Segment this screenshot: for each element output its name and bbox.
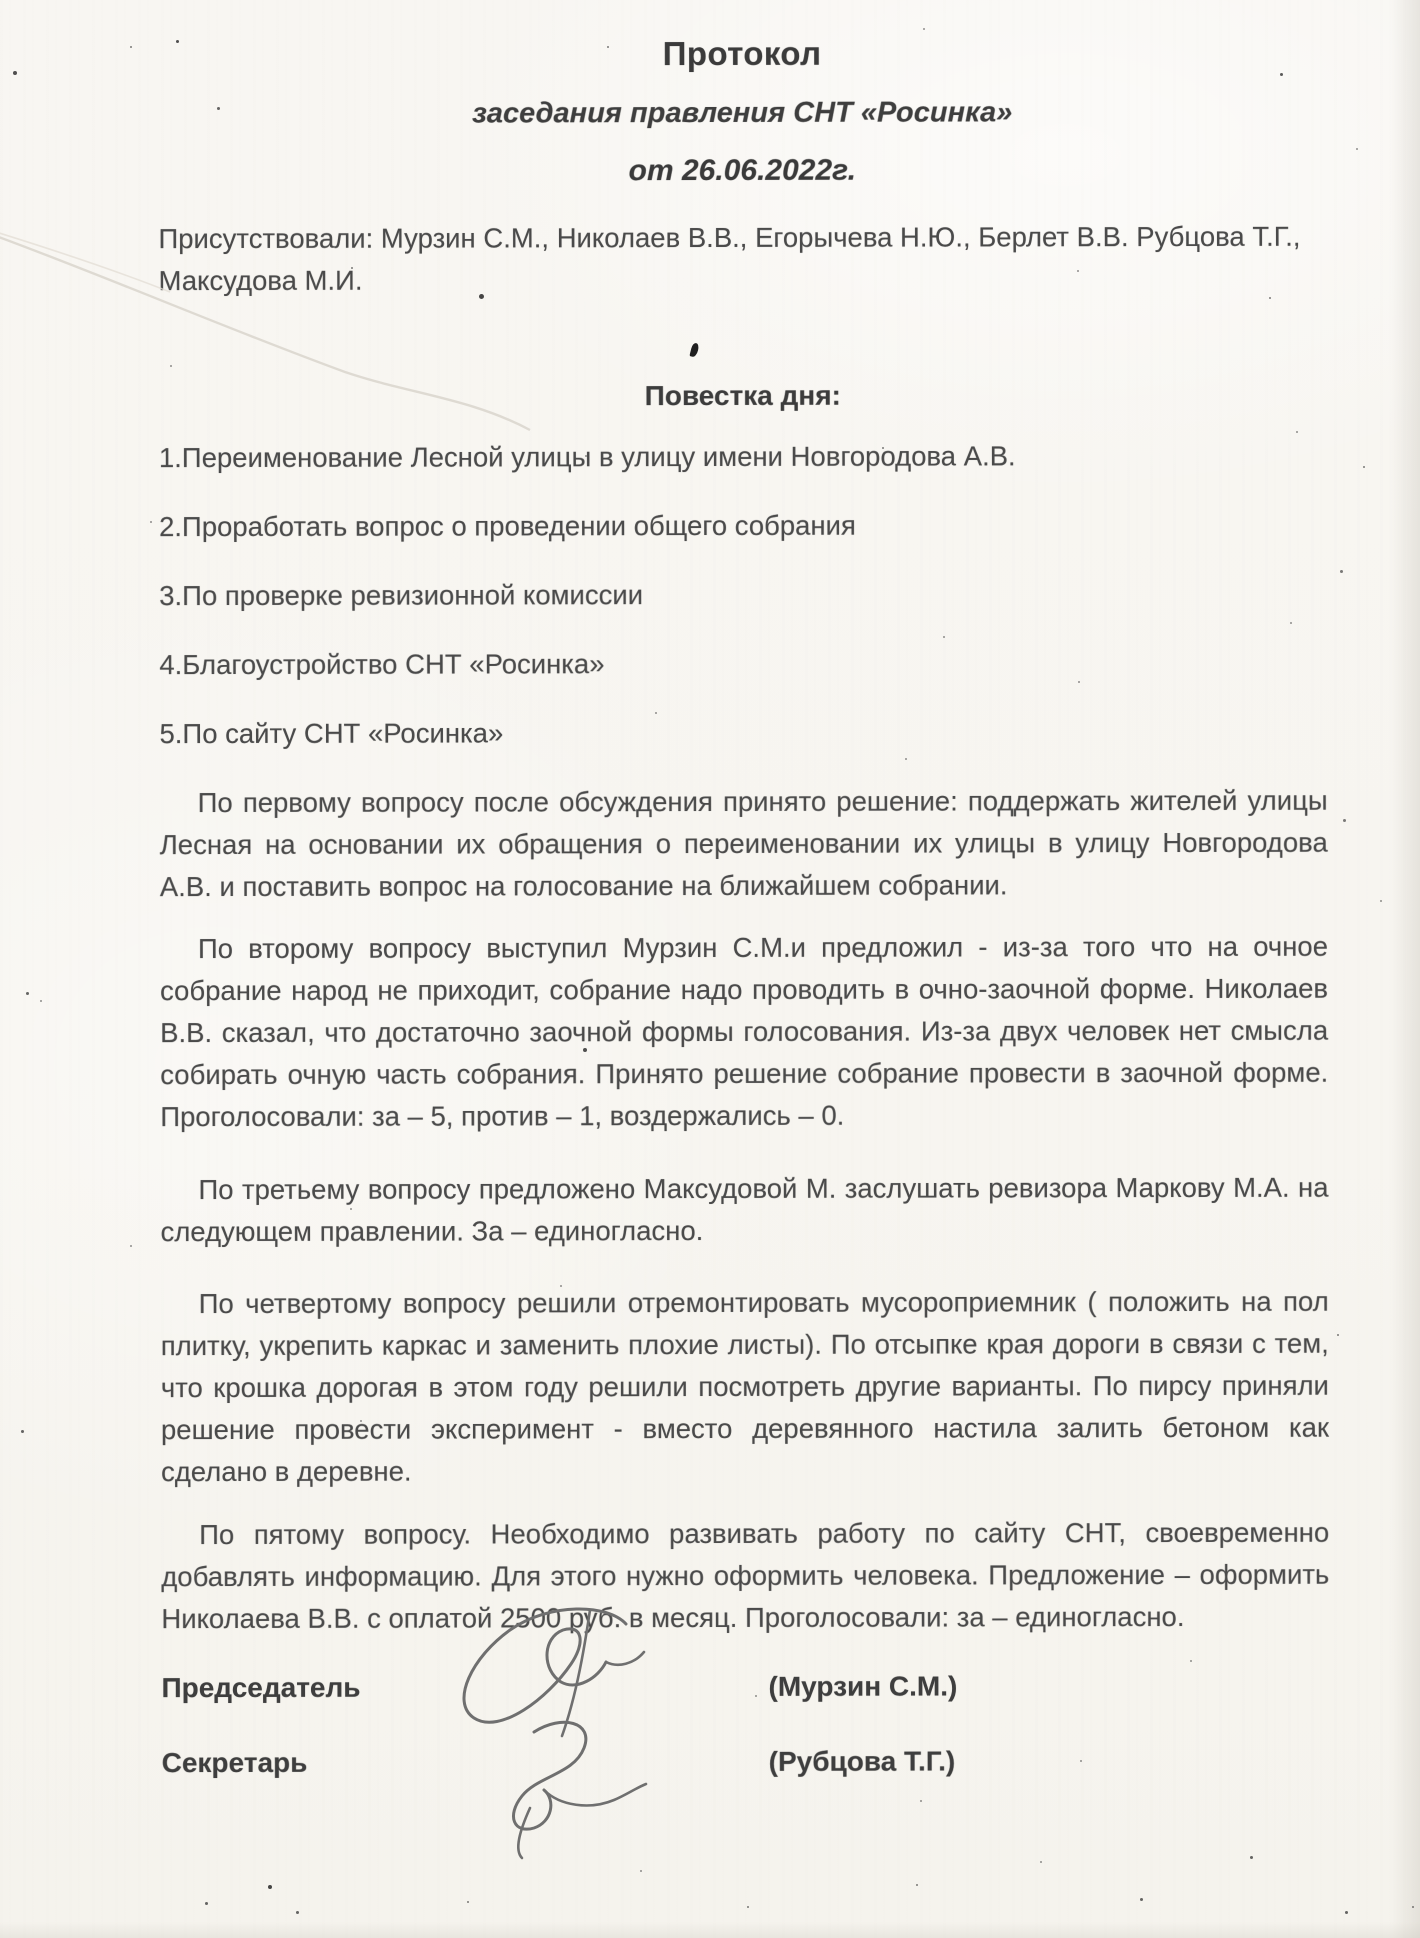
agenda-item-3: 3.По проверке ревизионной комиссии [159,573,1327,617]
resolution-paragraph-4: По четвертому вопросу решили отремонтиро… [161,1281,1329,1493]
attendees-line: Присутствовали: Мурзин С.М., Николаев В.… [158,216,1326,302]
agenda-item-2: 2.Проработать вопрос о проведении общего… [159,504,1327,548]
chairman-role-label: Председатель [161,1672,360,1703]
document-sheet: Протокол заседания правления СНТ «Росинк… [0,0,1420,1938]
document-subtitle: заседания правления СНТ «Росинка» [158,90,1326,136]
resolution-paragraph-1: По первому вопросу после обсуждения прин… [160,780,1328,908]
document-title: Протокол [158,29,1326,79]
agenda-item-5: 5.По сайту СНТ «Росинка» [159,711,1327,755]
document-date: от 26.06.2022г. [158,148,1326,194]
chairman-signature-row: Председатель (Мурзин С.М.) [161,1670,1329,1714]
agenda-heading: Повестка дня: [159,374,1327,418]
agenda-list: 1.Переименование Лесной улицы в улицу им… [159,435,1328,755]
secretary-name: (Рубцова Т.Г.) [769,1745,956,1777]
secretary-signature-row: Секретарь (Рубцова Т.Г.) [162,1745,1330,1789]
chairman-name: (Мурзин С.М.) [768,1670,957,1702]
resolution-paragraph-3: По третьему вопросу предложено Максудово… [160,1167,1328,1253]
agenda-item-1: 1.Переименование Лесной улицы в улицу им… [159,435,1327,479]
scanned-document: { "document": { "title": "Протокол", "su… [0,0,1420,1938]
resolution-paragraph-5: По пятому вопросу. Необходимо развивать … [161,1512,1329,1640]
resolution-paragraph-2: По второму вопросу выступил Мурзин С.М.и… [160,926,1328,1138]
secretary-role-label: Секретарь [162,1747,308,1778]
agenda-item-4: 4.Благоустройство СНТ «Росинка» [159,642,1327,686]
